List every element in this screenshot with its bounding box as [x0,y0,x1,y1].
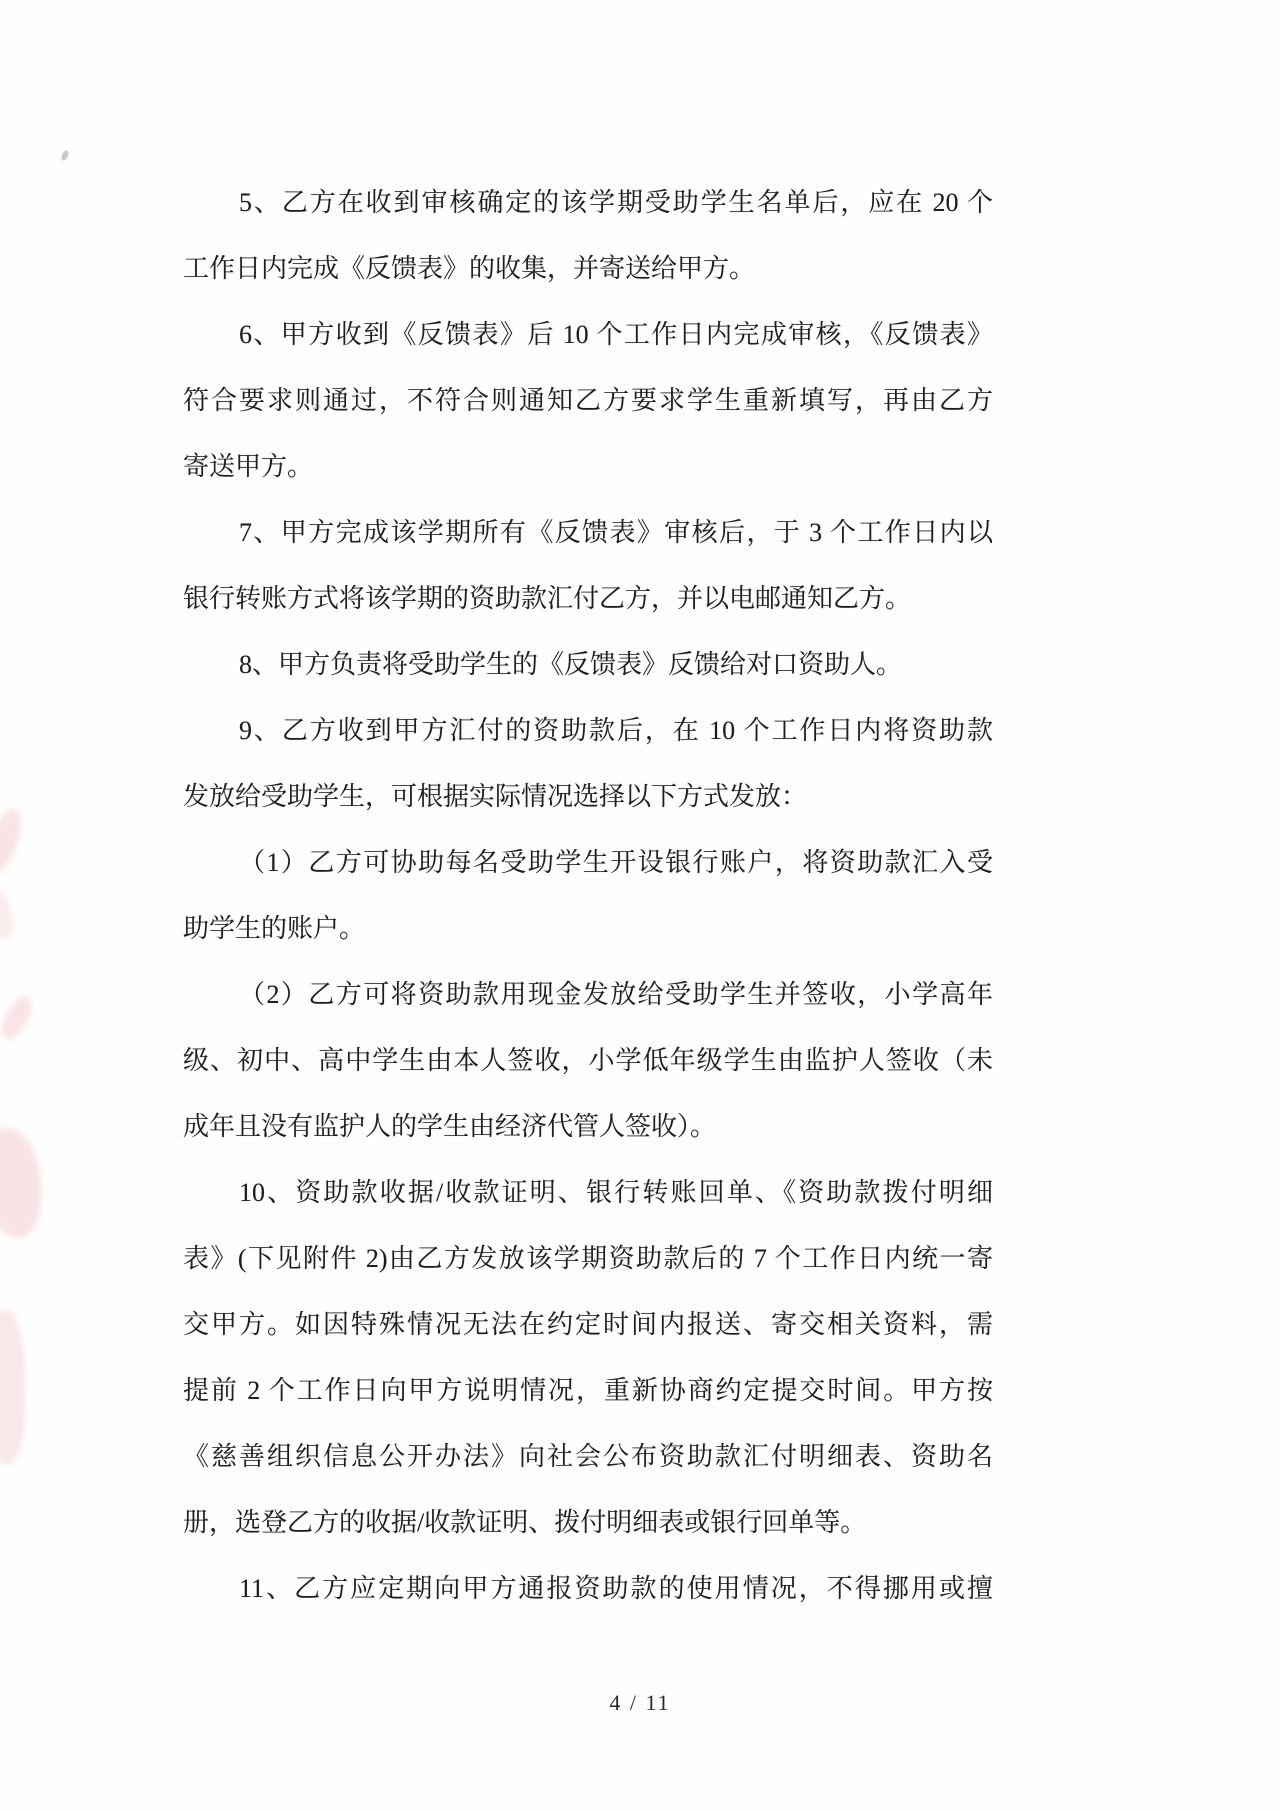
text-line: 8、甲方负责将受助学生的《反馈表》反馈给对口资助人。 [183,632,993,698]
text-line: 成年且没有监护人的学生由经济代管人签收）。 [183,1094,993,1160]
text-line: 符合要求则通过，不符合则通知乙方要求学生重新填写，再由乙方 [183,368,993,434]
text-line: （2）乙方可将资助款用现金发放给受助学生并签收，小学高年 [183,962,993,1028]
text-line: （1）乙方可协助每名受助学生开设银行账户，将资助款汇入受 [183,830,993,896]
stamp-bleed-artifact [0,1128,42,1238]
text-line: 11、乙方应定期向甲方通报资助款的使用情况，不得挪用或擅 [183,1556,993,1622]
text-line: 发放给受助学生，可根据实际情况选择以下方式发放： [183,764,993,830]
stamp-bleed-artifact [0,1310,26,1465]
text-line: 6、甲方收到《反馈表》后 10 个工作日内完成审核，《反馈表》 [183,302,993,368]
scan-speck [60,149,70,161]
text-line: 提前 2 个工作日向甲方说明情况，重新协商约定提交时间。甲方按 [183,1358,993,1424]
contract-body: 5、乙方在收到审核确定的该学期受助学生名单后，应在 20 个工作日内完成《反馈表… [183,170,993,1622]
text-line: 10、资助款收据/收款证明、银行转账回单、《资助款拨付明细 [183,1160,993,1226]
stamp-bleed-artifact [0,993,38,1044]
scanned-contract-page: { "colors": { "paper": "#fefefe", "ink":… [0,0,1280,1810]
text-line: 7、甲方完成该学期所有《反馈表》审核后，于 3 个工作日内以 [183,500,993,566]
text-line: 级、初中、高中学生由本人签收，小学低年级学生由监护人签收（未 [183,1028,993,1094]
stamp-bleed-artifact [0,806,27,875]
text-line: 寄送甲方。 [183,434,993,500]
text-line: 册，选登乙方的收据/收款证明、拨付明细表或银行回单等。 [183,1490,993,1556]
text-line: 5、乙方在收到审核确定的该学期受助学生名单后，应在 20 个 [183,170,993,236]
page-number: 4 / 11 [0,1690,1280,1716]
text-line: 工作日内完成《反馈表》的收集，并寄送给甲方。 [183,236,993,302]
text-line: 银行转账方式将该学期的资助款汇付乙方，并以电邮通知乙方。 [183,566,993,632]
text-line: 交甲方。如因特殊情况无法在约定时间内报送、寄交相关资料，需 [183,1292,993,1358]
stamp-bleed-artifact [0,886,17,941]
text-line: 表》(下见附件 2)由乙方发放该学期资助款后的 7 个工作日内统一寄 [183,1226,993,1292]
text-line: 9、乙方收到甲方汇付的资助款后，在 10 个工作日内将资助款 [183,698,993,764]
text-line: 助学生的账户。 [183,896,993,962]
text-line: 《慈善组织信息公开办法》向社会公布资助款汇付明细表、资助名 [183,1424,993,1490]
